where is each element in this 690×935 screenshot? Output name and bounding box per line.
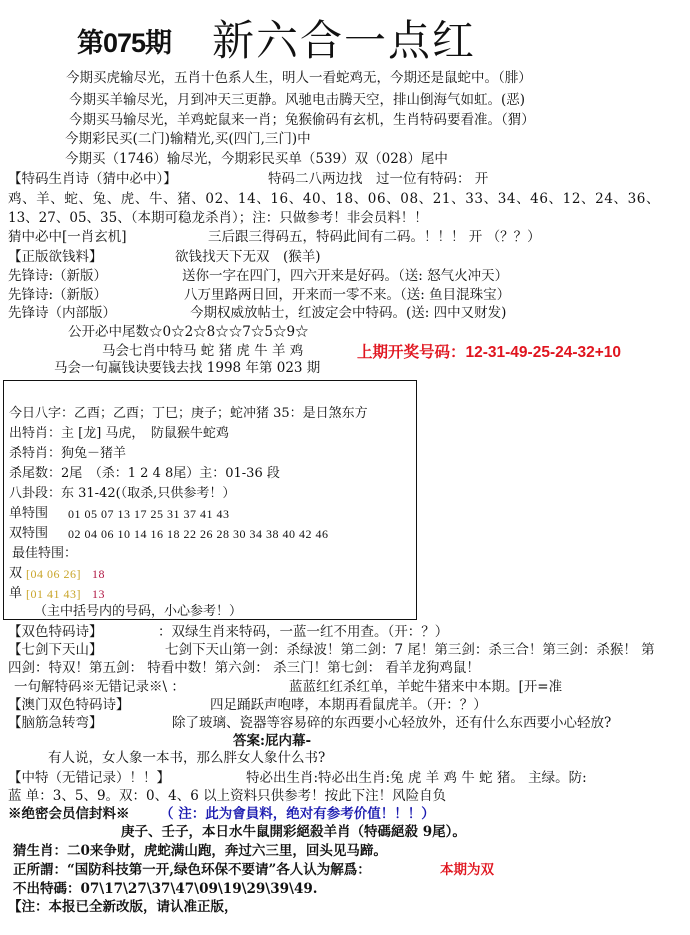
pioneer-text: 送你一字在四门，四六开来是好码。（送: 怒气火冲天） <box>182 270 508 284</box>
tema-poem-numbers-2: 13、27、05、35、（本期可稳龙杀肖）；注：只做参考！非会员料！！ <box>8 212 428 226</box>
pioneer-label: 先锋诗:（新版） <box>8 289 107 303</box>
kill-tail-line: 杀尾数：2尾 （杀：1 2 4 8尾）主：01-36 段 <box>9 467 280 480</box>
brain-answer: 答案:屁内幕- <box>233 735 311 749</box>
one-line-text: 蓝蓝红红杀红单，羊蛇牛猪来中本期。[开=准 <box>289 681 562 695</box>
zhengban-text: 欲钱找天下无双 (猴羊) <box>175 251 321 265</box>
odd-range-label: 单特围 <box>9 507 48 520</box>
section-label-color-poem: 【双色特码诗】 <box>8 626 103 640</box>
zhengsuo-answer: 本期为双 <box>440 864 494 878</box>
no-tema-line: 不出特碼：07\17\27\37\47\09\19\29\39\49. <box>13 883 317 897</box>
even-range-label: 双特围 <box>9 527 48 540</box>
poem-line: 今期买（1746）输尽光，今期彩民买单（539）双（028）尾中 <box>65 153 448 167</box>
even-pick-label: 双 <box>9 567 22 580</box>
poem-line: 今期买羊输尽光，月到冲天三更静。风驰电击腾天空，排山倒海气如虹。(恶) <box>69 94 525 108</box>
odd-pick-numbers: [01 41 43] <box>26 588 81 600</box>
even-pick-numbers: [04 06 26] <box>26 568 81 580</box>
section-label-seven-sword: 【七剑下天山】 <box>8 644 103 658</box>
gengzi-line: 庚子、壬子，本日水牛鼠開彩絕殺羊肖（特碼絕殺 9尾）。 <box>121 826 466 840</box>
best-range-label: 最佳特围： <box>12 547 77 560</box>
box-note: （主中括号内的号码，小心参考！） <box>34 605 242 618</box>
macau-text: 四足踊跃声咆哮，本期再看鼠虎羊。（开：？） <box>210 699 487 713</box>
pioneer-label: 先锋诗:（新版） <box>8 270 107 284</box>
riddle-text: 有人说，女人象一本书，那么胖女人象什么书? <box>48 752 325 766</box>
secret-note: （ 注：此为會員料，绝对有参考价值！！！） <box>160 808 435 822</box>
poem-line: 今期买马输尽光，羊鸡蛇鼠来一肖；兔猴偷码有玄机，生肖特码要看准。（猬） <box>69 114 535 128</box>
zhongte-text: 特必出生肖:特必出生肖:兔 虎 羊 鸡 牛 蛇 猪。 主绿。防: <box>246 772 587 786</box>
odd-pick-special: 13 <box>92 588 105 600</box>
seven-sword-text-2: 四剑：特双！第五剑： 特看中数！第六剑： 杀三门！第七剑： 看羊龙狗鸡鼠！ <box>8 662 480 676</box>
seven-zodiac: 马会七肖中特马 蛇 猪 虎 牛 羊 鸡 <box>102 345 303 359</box>
bagua-line: 八卦段：东 31-42(（取杀,只供参考！） <box>9 487 235 500</box>
out-zodiac-line: 出特肖：主 [龙] 马虎， 防鼠猴牛蛇鸡 <box>9 427 229 440</box>
prediction-box: 今日八字：乙酉；乙酉；丁巳；庚子；蛇冲猪 35：是日煞东方 出特肖：主 [龙] … <box>3 380 417 620</box>
pioneer-label: 先锋诗（内部版） <box>8 307 116 321</box>
pioneer-text: 八万里路两日回，开来而一零不来。（送: 鱼目混珠宝） <box>184 289 510 303</box>
tail-numbers: 公开必中尾数☆0☆2☆8☆☆7☆5☆9☆ <box>68 326 309 340</box>
odd-range-numbers: 01 05 07 13 17 25 31 37 41 43 <box>68 508 230 520</box>
section-label-macau: 【澳门双色特码诗】 <box>8 699 130 713</box>
tema-poem-numbers: 鸡、羊、蛇、兔、虎、牛、猪、02、14、16、40、18、06、08、21、33… <box>8 193 660 207</box>
last-draw-result: 上期开奖号码：12-31-49-25-24-32+10 <box>357 345 621 361</box>
winning-formula: 马会一句赢钱诀要钱去找 1998 年第 023 期 <box>54 362 320 376</box>
section-label-tema-poem: 【特码生肖诗（猜中必中）】 <box>8 173 177 187</box>
poem-line: 今期彩民买(二门)输精光,买(四门,三门)中 <box>65 133 311 147</box>
section-label-guess: 猜中必中[一肖玄机] <box>8 231 127 245</box>
odd-pick-label: 单 <box>9 587 22 600</box>
poem-line: 今期买虎输尽光，五肖十色系人生，明人一看蛇鸡无，今期还是鼠蛇中。（腓） <box>66 72 532 86</box>
guess-zodiac-line: 猜生肖：二0来争财，虎蛇满山跑，奔过六三里，回头见马蹄。 <box>13 845 387 859</box>
bazi-line: 今日八字：乙酉；乙酉；丁巳；庚子；蛇冲猪 35：是日煞东方 <box>9 407 368 420</box>
even-pick-special: 18 <box>92 568 105 580</box>
issue-number: 第075期 <box>77 30 171 57</box>
color-poem-text: ：双绿生肖来特码，一蓝一红不用查。（开：？） <box>158 626 448 640</box>
section-label-brain: 【脑筋急转弯】 <box>8 717 103 731</box>
section-label-one-line: 一句解特码※无错记录※\ ： <box>14 681 185 695</box>
pioneer-text: 今期权威放帖士，红波定会中特码。(送: 四中又财发) <box>190 307 506 321</box>
page-title: 新六合一点红 <box>212 20 476 62</box>
section-label-zhengban: 【正版欲钱料】 <box>8 251 103 265</box>
tema-poem-text: 特码二八两边找 过一位有特码： 开 <box>268 173 488 187</box>
brain-question: 除了玻璃、瓷器等容易碎的东西要小心轻放外，还有什么东西要小心轻放? <box>172 717 611 731</box>
guess-text: 三后跟三得码五，特码此间有二码。！！！ 开 （？？） <box>208 231 541 245</box>
footer-note: 【注：本报已全新改版，请认准正版， <box>8 901 238 915</box>
section-label-zhongte: 【中特（无错记录）！！】 <box>8 772 170 786</box>
zhongte-text-2: 蓝 单：3、5、9。双：0、4、6 以上资料只供参考！按此下注！风险自负 <box>8 790 446 804</box>
kill-zodiac-line: 杀特肖：狗兔－猪羊 <box>9 447 126 460</box>
even-range-numbers: 02 04 06 10 14 16 18 22 26 28 30 34 38 4… <box>68 528 329 540</box>
seven-sword-text: 七剑下天山第一剑：杀绿波！第二剑：7 尾！第三剑：杀三合！第三剑：杀猴！ 第 <box>165 644 655 658</box>
secret-label: ※绝密会员信封料※ <box>8 808 130 822</box>
zhengsuo-line: 正所謂：“国防科技第一开,绿色环保不要请”各人认为解爲： <box>13 864 371 878</box>
